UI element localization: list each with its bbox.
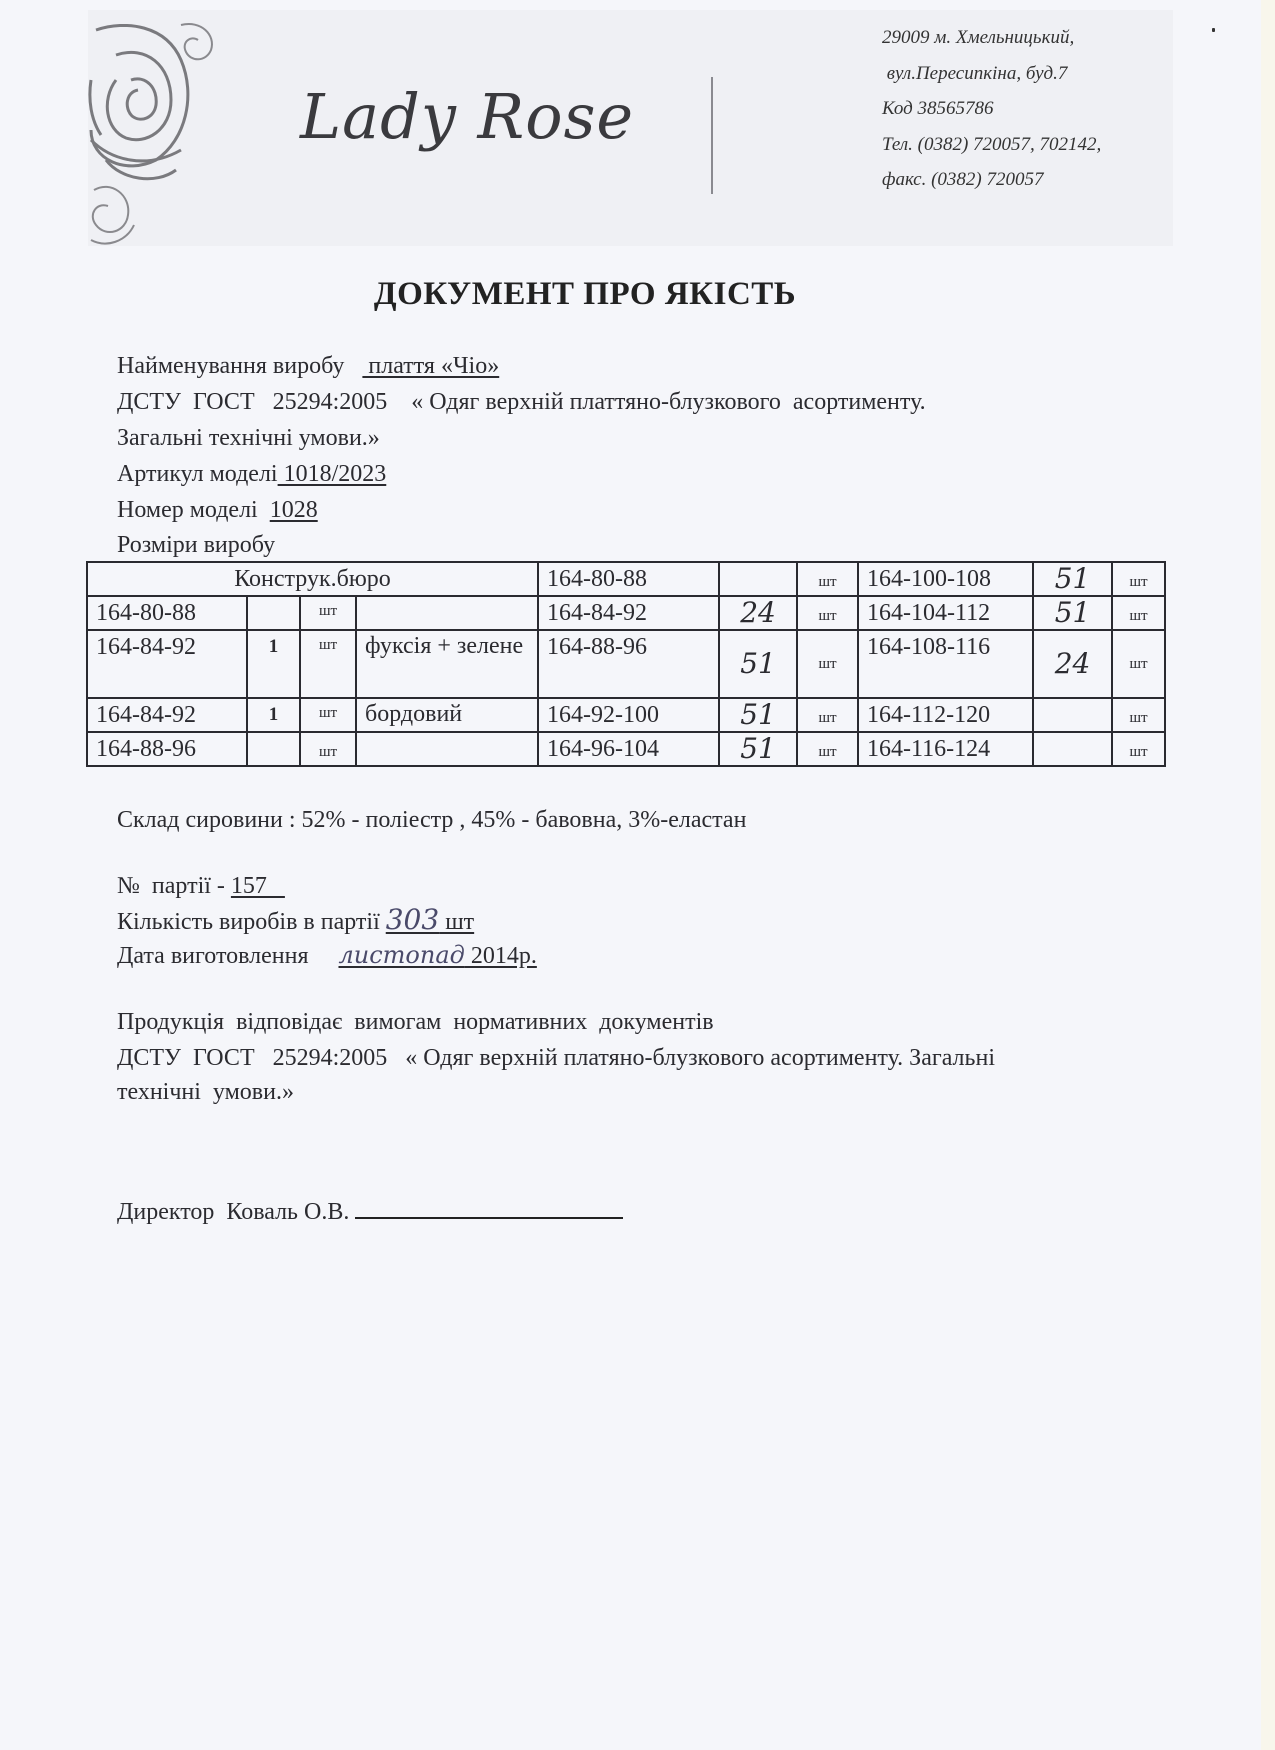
sizes-table: Конструк.бюро 164-80-88 шт 164-100-108 5… xyxy=(86,561,1166,767)
color-cell: бордовий xyxy=(356,698,538,732)
batch-count-label: Кількість виробів в партії xyxy=(117,909,386,935)
product-name-label: Найменування виробу xyxy=(117,353,344,379)
letterhead-divider xyxy=(711,77,713,194)
qty-cell: 51 xyxy=(719,698,797,732)
qty-cell: 51 xyxy=(1033,596,1112,630)
document-title: ДОКУМЕНТ ПРО ЯКІСТЬ xyxy=(0,276,1170,313)
size-cell: 164-88-96 xyxy=(538,630,719,698)
size-cell: 164-84-92 xyxy=(87,630,247,698)
qty-cell: 51 xyxy=(719,630,797,698)
article-line: Артикул моделі 1018/2023 xyxy=(117,456,386,492)
qty-cell: 1 xyxy=(247,630,300,698)
address-line: вул.Пересипкіна, буд.7 xyxy=(882,56,1101,92)
company-address: 29009 м. Хмельницький, вул.Пересипкіна, … xyxy=(882,20,1101,198)
address-fax: факс. (0382) 720057 xyxy=(882,162,1101,198)
unit-cell: шт xyxy=(797,630,858,698)
unit-cell: шт xyxy=(1112,630,1165,698)
qty-cell: 24 xyxy=(1033,630,1112,698)
design-bureau-header: Конструк.бюро xyxy=(87,562,538,596)
batch-count-value: 303 xyxy=(386,903,439,936)
color-cell xyxy=(356,732,538,766)
manufacture-year: 2014р. xyxy=(465,943,537,969)
qty-cell xyxy=(1033,698,1112,732)
size-cell: 164-92-100 xyxy=(538,698,719,732)
sizes-label: Розміри виробу xyxy=(117,527,275,563)
page-edge xyxy=(1261,0,1275,1750)
qty-cell xyxy=(719,562,797,596)
unit-cell: шт xyxy=(797,732,858,766)
qty-cell xyxy=(247,596,300,630)
standard-line-1: ДСТУ ГОСТ 25294:2005 « Одяг верхній плат… xyxy=(117,384,926,420)
unit-cell: шт xyxy=(300,630,356,698)
signature-field xyxy=(355,1195,623,1219)
article-label: Артикул моделі xyxy=(117,461,278,487)
model-line: Номер моделі 1028 xyxy=(117,492,318,528)
qty-cell xyxy=(247,732,300,766)
conformance-line-3: технічні умови.» xyxy=(117,1074,294,1110)
table-row: 164-88-96 шт 164-96-104 51 шт 164-116-12… xyxy=(87,732,1165,766)
qty-cell: 51 xyxy=(1033,562,1112,596)
size-cell: 164-80-88 xyxy=(87,596,247,630)
batch-number-label: № партії - xyxy=(117,873,231,899)
qty-cell: 24 xyxy=(719,596,797,630)
size-cell: 164-108-116 xyxy=(858,630,1033,698)
unit-cell: шт xyxy=(1112,596,1165,630)
unit-cell: шт xyxy=(300,698,356,732)
qty-cell xyxy=(1033,732,1112,766)
color-cell xyxy=(356,596,538,630)
company-logo: Lady Rose xyxy=(300,80,634,153)
table-row: 164-80-88 шт 164-84-92 24 шт 164-104-112… xyxy=(87,596,1165,630)
size-cell: 164-84-92 xyxy=(538,596,719,630)
unit-cell: шт xyxy=(1112,562,1165,596)
table-row: Конструк.бюро 164-80-88 шт 164-100-108 5… xyxy=(87,562,1165,596)
batch-count-unit: шт xyxy=(439,909,474,935)
unit-cell: шт xyxy=(300,732,356,766)
product-name-value: плаття «Чіо» xyxy=(362,353,499,379)
size-cell: 164-116-124 xyxy=(858,732,1033,766)
size-cell: 164-88-96 xyxy=(87,732,247,766)
unit-cell: шт xyxy=(797,698,858,732)
rose-illustration-icon xyxy=(86,20,226,250)
size-cell: 164-104-112 xyxy=(858,596,1033,630)
unit-cell: шт xyxy=(1112,698,1165,732)
composition-line: Склад сировини : 52% - поліестр , 45% - … xyxy=(117,802,746,838)
batch-count-line: Кількість виробів в партії 303 шт xyxy=(117,902,474,940)
batch-number-value: 157 xyxy=(231,873,285,899)
qty-cell: 51 xyxy=(719,732,797,766)
unit-cell: шт xyxy=(300,596,356,630)
article-value: 1018/2023 xyxy=(278,461,387,487)
unit-cell: шт xyxy=(797,562,858,596)
size-cell: 164-80-88 xyxy=(538,562,719,596)
unit-cell: шт xyxy=(1112,732,1165,766)
manufacture-date-label: Дата виготовлення xyxy=(117,943,338,969)
address-phone: Тел. (0382) 720057, 702142, xyxy=(882,127,1101,163)
product-name-line: Найменування виробу плаття «Чіо» xyxy=(117,348,499,384)
standard-line-2: Загальні технічні умови.» xyxy=(117,420,380,456)
unit-cell: шт xyxy=(797,596,858,630)
conformance-line-1: Продукція відповідає вимогам нормативних… xyxy=(117,1004,714,1040)
color-cell: фуксія + зелене xyxy=(356,630,538,698)
director-label: Директор Коваль О.В. xyxy=(117,1199,355,1225)
scan-speck xyxy=(1212,28,1215,32)
director-signature-line: Директор Коваль О.В. xyxy=(117,1194,623,1230)
size-cell: 164-84-92 xyxy=(87,698,247,732)
manufacture-month: листопад xyxy=(338,941,464,969)
table-row: 164-84-92 1 шт бордовий 164-92-100 51 шт… xyxy=(87,698,1165,732)
qty-cell: 1 xyxy=(247,698,300,732)
table-row: 164-84-92 1 шт фуксія + зелене 164-88-96… xyxy=(87,630,1165,698)
address-line: 29009 м. Хмельницький, xyxy=(882,20,1101,56)
conformance-line-2: ДСТУ ГОСТ 25294:2005 « Одяг верхній плат… xyxy=(117,1040,995,1076)
address-code: Код 38565786 xyxy=(882,91,1101,127)
size-cell: 164-96-104 xyxy=(538,732,719,766)
model-value: 1028 xyxy=(270,497,318,523)
size-cell: 164-100-108 xyxy=(858,562,1033,596)
model-label: Номер моделі xyxy=(117,497,270,523)
size-cell: 164-112-120 xyxy=(858,698,1033,732)
manufacture-date-line: Дата виготовлення листопад 2014р. xyxy=(117,937,537,974)
batch-number-line: № партії - 157 xyxy=(117,868,285,904)
